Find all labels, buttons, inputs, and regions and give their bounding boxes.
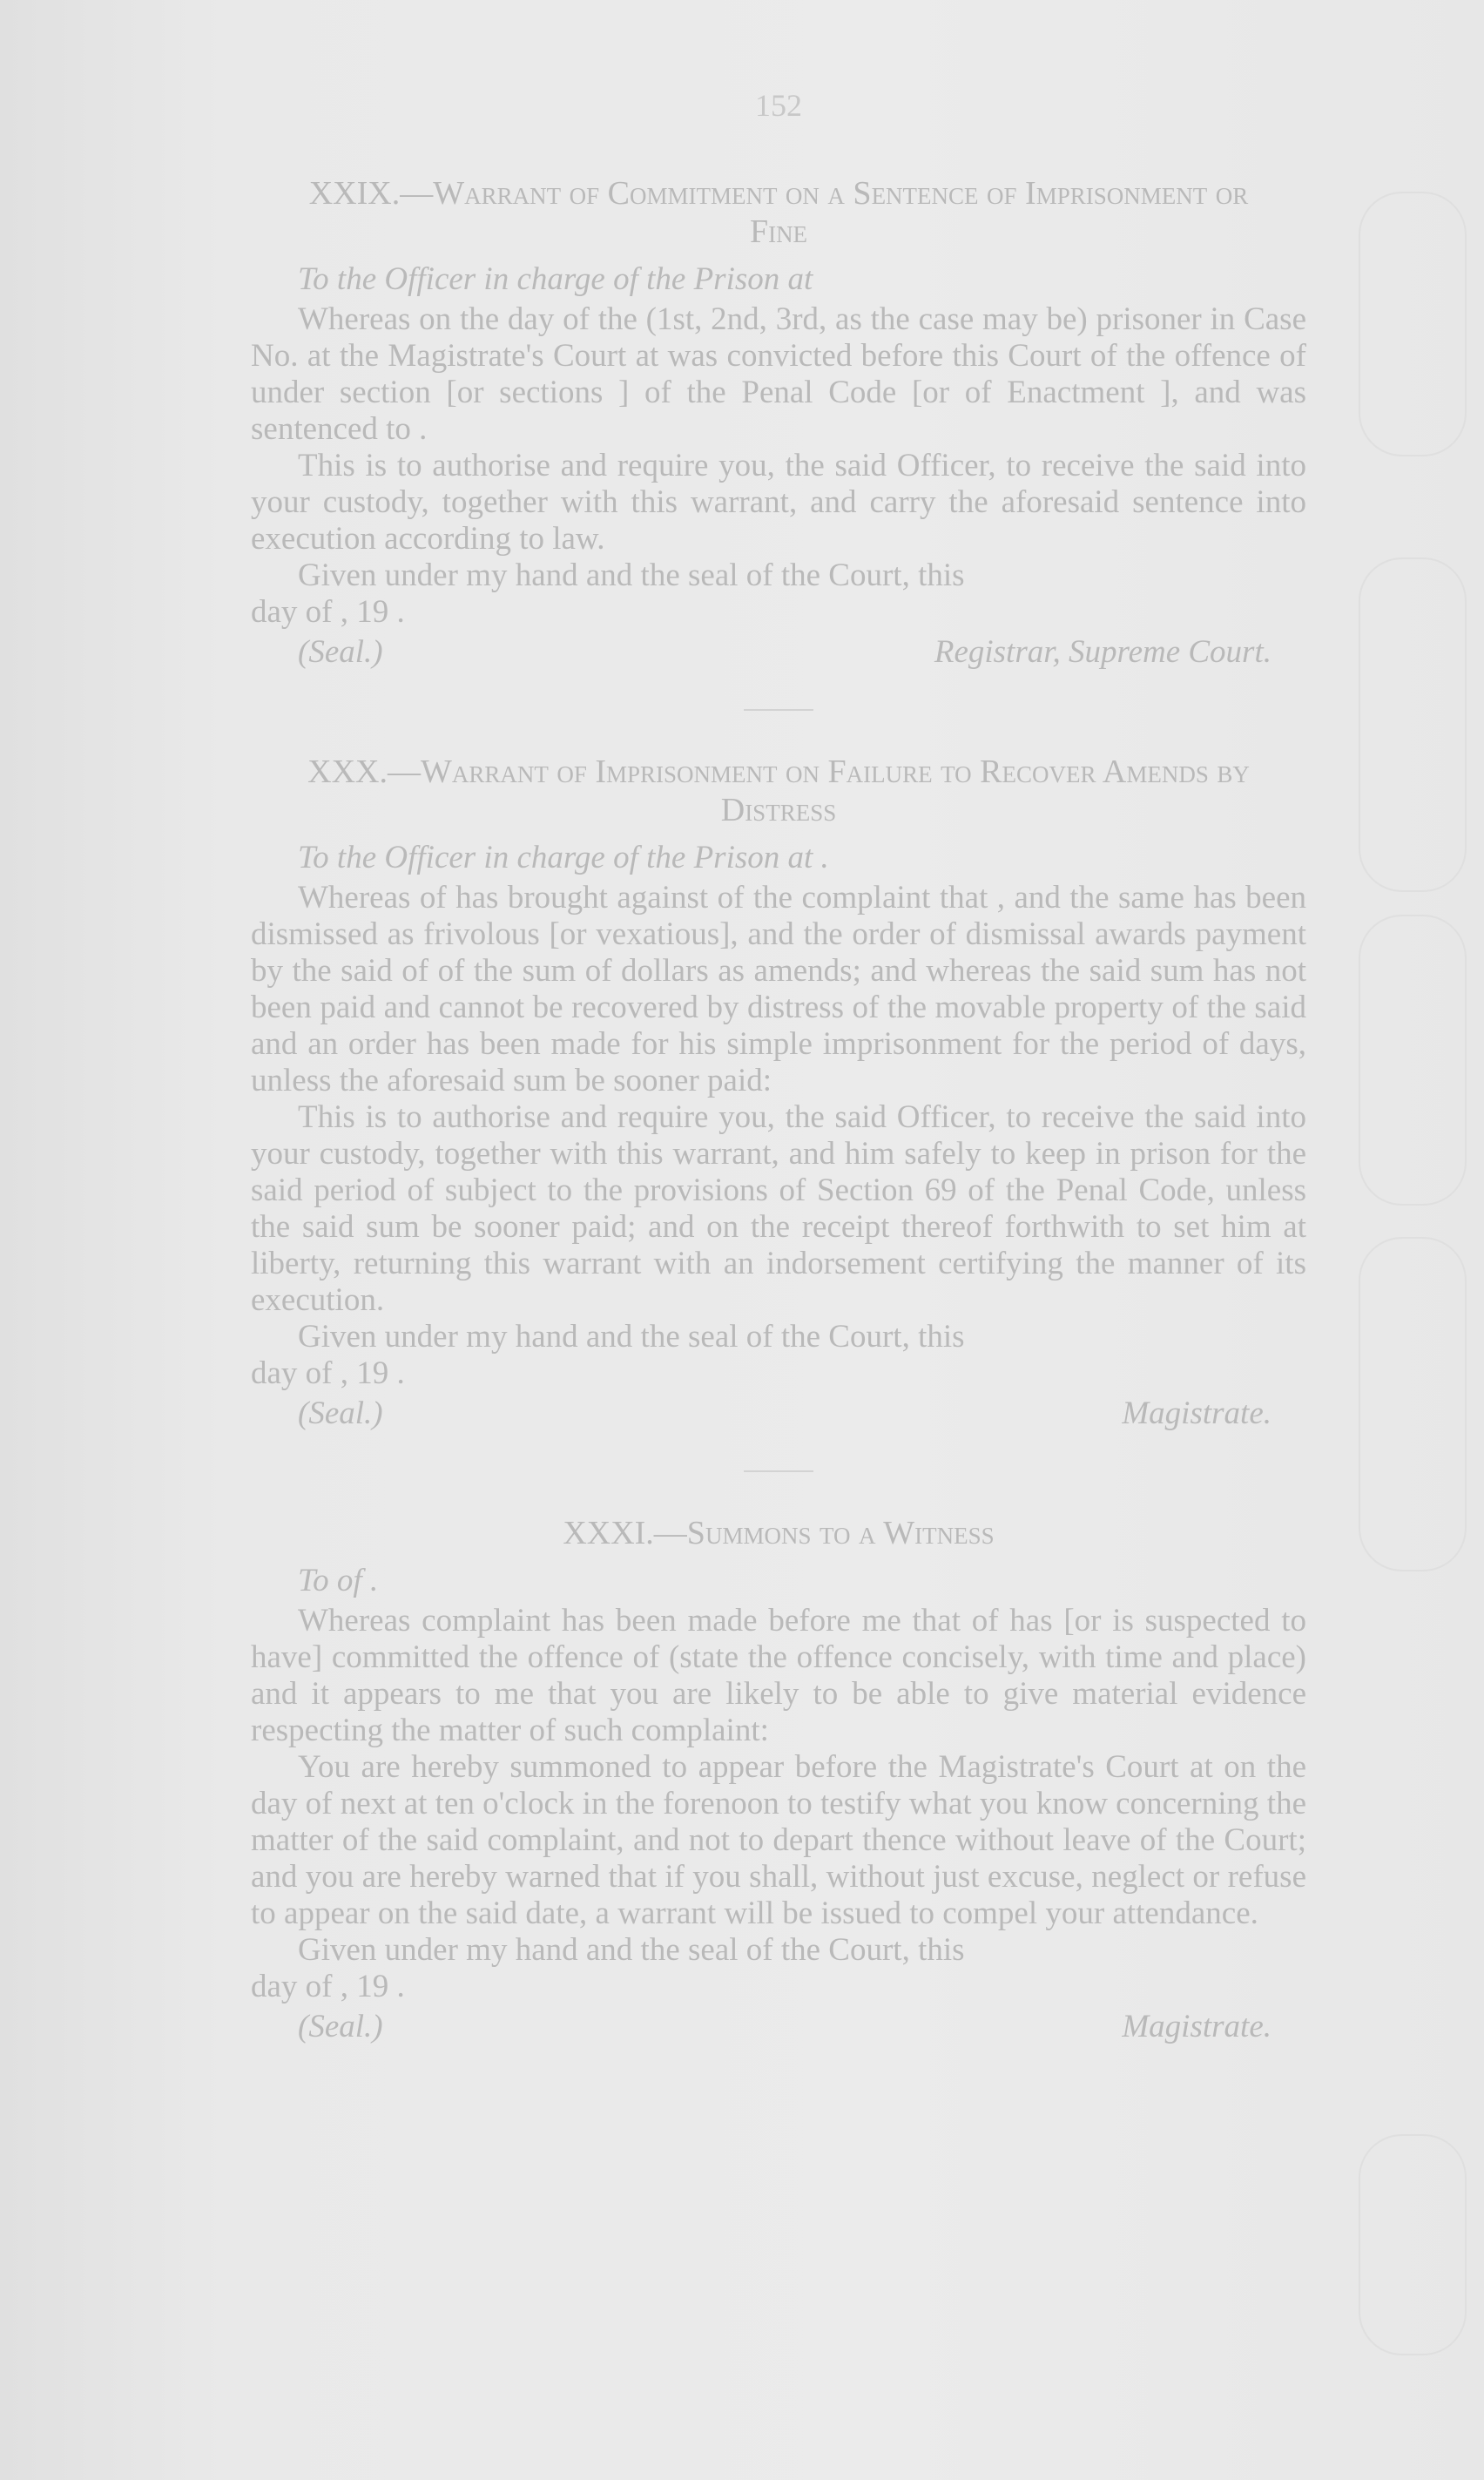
paragraph: Whereas on the day of the (1st, 2nd, 3rd… (251, 301, 1306, 448)
paragraph: Given under my hand and the seal of the … (251, 557, 1306, 594)
seal-label: (Seal.) (298, 2009, 383, 2045)
signatory-label: Magistrate. (1122, 1395, 1272, 1432)
signature-block: (Seal.) Magistrate. (251, 1395, 1306, 1432)
seal-label: (Seal.) (298, 634, 383, 671)
date-line: day of , 19 . (251, 1969, 1306, 2005)
addressee-line: To the Officer in charge of the Prison a… (251, 840, 1306, 876)
section-divider (744, 1470, 813, 1472)
section-heading: XXXI.—Summons to a Witness (277, 1514, 1280, 1552)
date-line: day of , 19 . (251, 1355, 1306, 1392)
form-section-xxxi: XXXI.—Summons to a Witness To of . Where… (251, 1514, 1306, 2045)
paragraph: You are hereby summoned to appear before… (251, 1749, 1306, 1932)
form-section-xxix: XXIX.—Warrant of Commitment on a Sentenc… (251, 174, 1306, 671)
paragraph: This is to authorise and require you, th… (251, 448, 1306, 557)
signature-block: (Seal.) Magistrate. (251, 2009, 1306, 2045)
section-heading: XXIX.—Warrant of Commitment on a Sentenc… (277, 174, 1280, 251)
addressee-line: To of . (251, 1563, 1306, 1599)
decorative-watermark (1359, 192, 1467, 456)
paragraph: Whereas of has brought against of the co… (251, 880, 1306, 1099)
date-line: day of , 19 . (251, 594, 1306, 631)
signatory-label: Magistrate. (1122, 2009, 1272, 2045)
text-column: 152 XXIX.—Warrant of Commitment on a Sen… (251, 87, 1306, 2045)
decorative-watermark (1359, 1237, 1467, 1571)
paragraph: Given under my hand and the seal of the … (251, 1932, 1306, 1969)
form-section-xxx: XXX.—Warrant of Imprisonment on Failure … (251, 753, 1306, 1432)
paragraph: This is to authorise and require you, th… (251, 1099, 1306, 1319)
decorative-watermark (1359, 2134, 1467, 2355)
scanned-page: 152 XXIX.—Warrant of Commitment on a Sen… (0, 0, 1484, 2480)
section-divider (744, 709, 813, 711)
addressee-line: To the Officer in charge of the Prison a… (251, 261, 1306, 298)
decorative-watermark (1359, 915, 1467, 1206)
section-heading: XXX.—Warrant of Imprisonment on Failure … (277, 753, 1280, 829)
signature-block: (Seal.) Registrar, Supreme Court. (251, 634, 1306, 671)
decorative-watermark (1359, 557, 1467, 892)
seal-label: (Seal.) (298, 1395, 383, 1432)
signatory-label: Registrar, Supreme Court. (934, 634, 1272, 671)
page-number: 152 (251, 87, 1306, 124)
paragraph: Given under my hand and the seal of the … (251, 1319, 1306, 1355)
paragraph: Whereas complaint has been made before m… (251, 1603, 1306, 1749)
